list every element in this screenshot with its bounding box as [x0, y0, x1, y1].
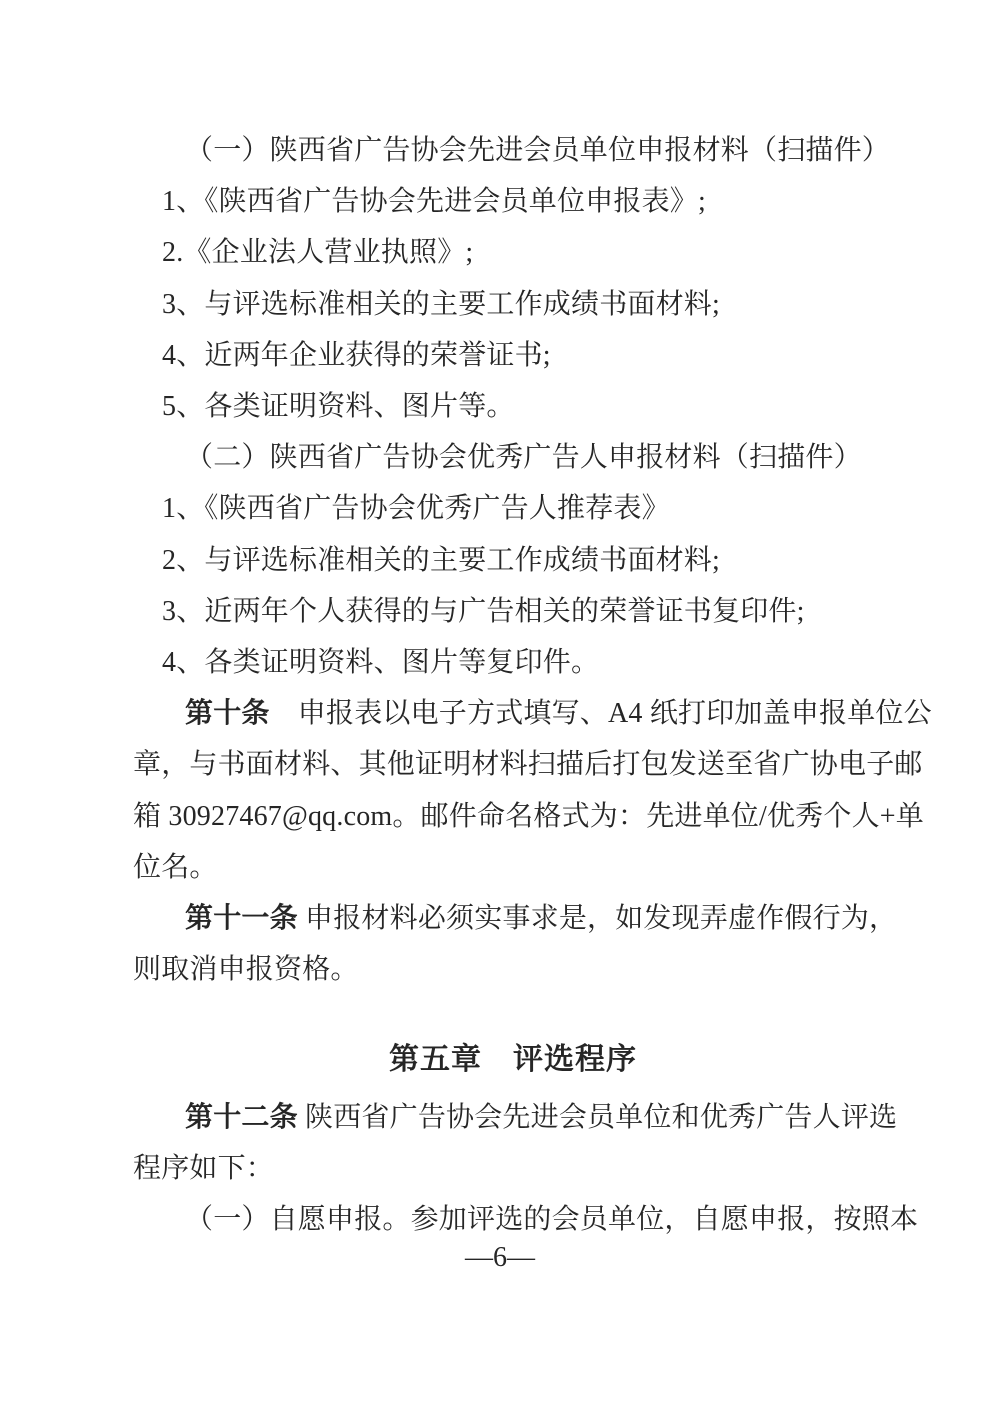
doc-line: 1、《陕西省广告协会优秀广告人推荐表》: [133, 483, 893, 534]
doc-line-text: 申报材料必须实事求是，如发现弄虚作假行为，: [298, 903, 897, 934]
doc-line-text: 1、《陕西省广告协会先进会员单位申报表》;: [162, 186, 706, 217]
doc-line-text: 4、近两年企业获得的荣誉证书;: [162, 340, 551, 371]
article-number-label: 第十一条: [185, 903, 298, 934]
doc-line: （一）自愿申报。参加评选的会员单位，自愿申报，按照本: [133, 1194, 893, 1245]
doc-line: 2.《企业法人营业执照》;: [133, 227, 893, 278]
doc-line: 3、近两年个人获得的与广告相关的荣誉证书复印件;: [133, 586, 893, 637]
doc-line-text: （一）自愿申报。参加评选的会员单位，自愿申报，按照本: [185, 1204, 918, 1235]
doc-line-text: 5、各类证明资料、图片等。: [162, 391, 515, 422]
doc-line: 4、近两年企业获得的荣誉证书;: [133, 330, 893, 381]
doc-line: 章，与书面材料、其他证明材料扫描后打包发送至省广协电子邮: [133, 739, 893, 790]
document-page: （一）陕西省广告协会先进会员单位申报材料（扫描件） 1、《陕西省广告协会先进会员…: [0, 0, 1000, 1414]
article-number-label: 第十条: [185, 698, 270, 729]
document-body: （一）陕西省广告协会先进会员单位申报材料（扫描件） 1、《陕西省广告协会先进会员…: [133, 125, 893, 1245]
doc-line: 4、各类证明资料、图片等复印件。: [133, 637, 893, 688]
doc-line-text: 章，与书面材料、其他证明材料扫描后打包发送至省广协电子邮: [133, 749, 923, 780]
doc-line-text: 3、与评选标准相关的主要工作成绩书面材料;: [162, 289, 720, 320]
doc-line-text: （二）陕西省广告协会优秀广告人申报材料（扫描件）: [185, 442, 862, 473]
doc-line: 位名。: [133, 842, 893, 893]
doc-line-text: 则取消申报资格。: [133, 954, 359, 985]
doc-line: （二）陕西省广告协会优秀广告人申报材料（扫描件）: [133, 432, 893, 483]
doc-line: 程序如下：: [133, 1143, 893, 1194]
doc-line: 第十条 申报表以电子方式填写、A4 纸打印加盖申报单位公: [133, 688, 893, 739]
doc-line: 则取消申报资格。: [133, 944, 893, 995]
doc-line: （一）陕西省广告协会先进会员单位申报材料（扫描件）: [133, 125, 893, 176]
doc-line: 3、与评选标准相关的主要工作成绩书面材料;: [133, 279, 893, 330]
doc-line-text: （一）陕西省广告协会先进会员单位申报材料（扫描件）: [185, 135, 890, 166]
doc-line-text: 箱 30927467@qq.com。邮件命名格式为：先进单位/优秀个人+单: [133, 801, 924, 832]
doc-line-text: 申报表以电子方式填写、A4 纸打印加盖申报单位公: [270, 698, 932, 729]
doc-line: 第十一条 申报材料必须实事求是，如发现弄虚作假行为，: [133, 893, 893, 944]
page-number: —6—: [0, 1242, 1000, 1274]
doc-line-text: 1、《陕西省广告协会优秀广告人推荐表》: [162, 493, 670, 524]
doc-line-text: 2.《企业法人营业执照》;: [162, 237, 473, 268]
doc-line: 2、与评选标准相关的主要工作成绩书面材料;: [133, 535, 893, 586]
doc-line-text: 3、近两年个人获得的与广告相关的荣誉证书复印件;: [162, 596, 805, 627]
chapter-heading: 第五章 评选程序: [133, 1034, 893, 1085]
article-number-label: 第十二条: [185, 1102, 298, 1133]
doc-line: 1、《陕西省广告协会先进会员单位申报表》;: [133, 176, 893, 227]
doc-line-text: 位名。: [133, 852, 218, 883]
doc-line-text: 2、与评选标准相关的主要工作成绩书面材料;: [162, 545, 720, 576]
doc-line: 第十二条 陕西省广告协会先进会员单位和优秀广告人评选: [133, 1092, 893, 1143]
doc-line: 5、各类证明资料、图片等。: [133, 381, 893, 432]
doc-line-text: 程序如下：: [133, 1153, 274, 1184]
doc-line-text: 陕西省广告协会先进会员单位和优秀广告人评选: [298, 1102, 897, 1133]
doc-line: 箱 30927467@qq.com。邮件命名格式为：先进单位/优秀个人+单: [133, 791, 893, 842]
doc-line-text: 4、各类证明资料、图片等复印件。: [162, 647, 599, 678]
